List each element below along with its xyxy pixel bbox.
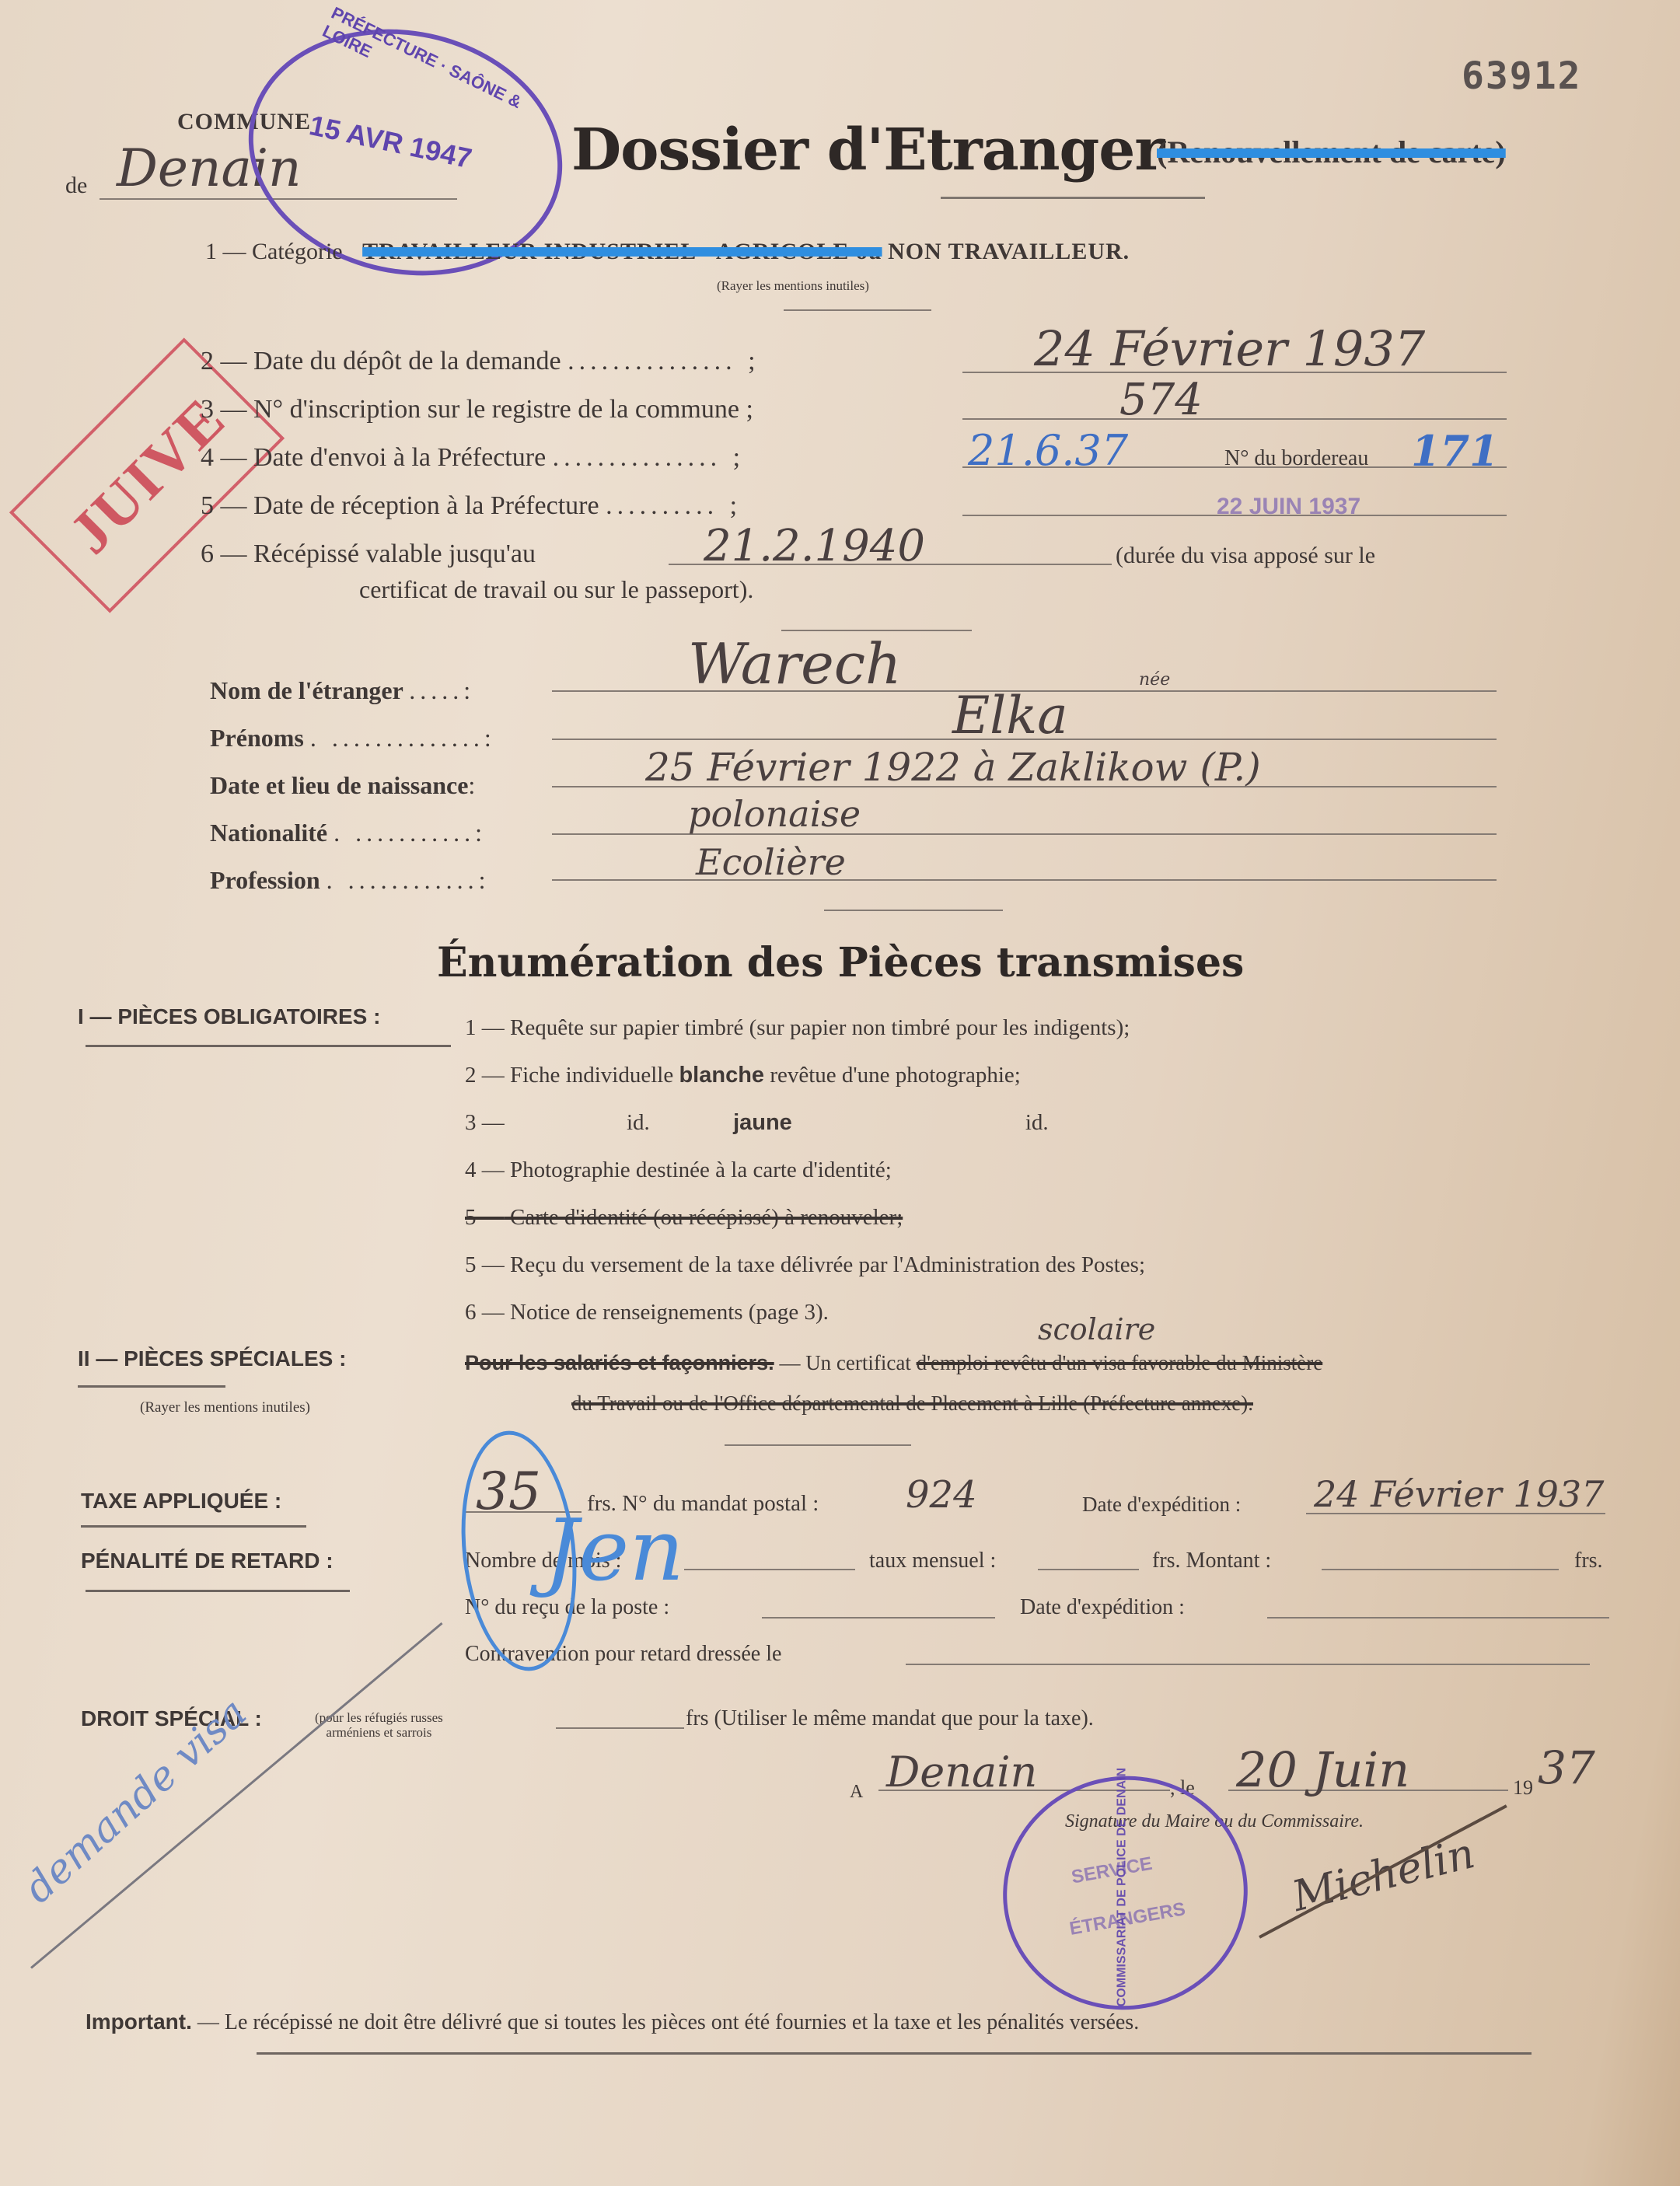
piece-text: Requête sur papier timbré (sur papier no… [510,1015,1130,1040]
speciales-line-2: du Travail ou de l'Office départemental … [571,1392,1253,1416]
field-label: Date de réception à la Préfecture [253,491,599,520]
speciales-underline [78,1385,225,1388]
penalite-taux-line [1038,1569,1139,1570]
title-underline [941,197,1205,199]
penalite-date-line [1267,1617,1609,1619]
piece-bold: jaune [733,1110,792,1135]
piece-item: 3 — id. jauneid. [465,1099,1145,1147]
piece-text: id. [627,1110,650,1135]
piece-num: 2 — [465,1063,505,1088]
obligatoires-label: I — PIÈCES OBLIGATOIRES : [78,1004,380,1029]
field-number: 5 [201,491,214,520]
field-number: 4 [201,443,214,472]
field-row-5: 5 — Date de réception à la Préfecture ..… [201,491,742,521]
piece-num: 5 — [465,1252,505,1277]
taxe-underline [81,1525,306,1528]
blue-initials: Jen [544,1500,684,1600]
section-divider [725,1444,911,1446]
speciales-bold: Pour les salariés et façonniers. [465,1351,774,1374]
title-text: Dossier d'Etranger [571,117,1164,183]
label-text: Profession [210,866,320,894]
label-text: Nationalité [210,819,327,847]
piece-num: 6 — [465,1300,505,1325]
piece-bold: blanche [679,1063,764,1088]
police-stamp-center-1: SERVICE [1070,1853,1154,1889]
taxe-date-exp-label: Date d'expédition : [1082,1493,1241,1517]
piece-text: revêtue d'une photographie; [770,1063,1021,1088]
piece-text: Notice de renseignements (page 3). [510,1300,829,1325]
piece-item: 2 — Fiche individuelle blanche revêtue d… [465,1052,1145,1099]
contravention-line [906,1664,1590,1665]
document-number: 63912 [1462,54,1582,98]
footer-underline [257,2052,1532,2055]
label-nom: Nom de l'étranger .....: [210,667,496,714]
commune-de-label: de [65,173,87,199]
identity-line [552,879,1497,881]
signature-date: 20 Juin [1236,1741,1409,1798]
field-number: 6 [201,540,214,568]
piece-text: Photographie destinée à la carte d'ident… [510,1158,892,1182]
penalite-date-exp-label: Date d'expédition : [1020,1595,1185,1620]
field-row-6: 6 — Récépissé valable jusqu'au [201,540,536,569]
penalite-montant-line [1322,1569,1559,1570]
piece-item: 4 — Photographie destinée à la carte d'i… [465,1147,1145,1194]
title-struck-option: (Renouvellement de carte) [1157,134,1506,170]
piece-text: Fiche individuelle [510,1063,673,1088]
footer-note: Important. — Le récépissé ne doit être d… [86,2010,1139,2035]
category-label: 1 — Catégorie [205,239,343,264]
field-number: 2 [201,347,214,375]
speciales-note: (Rayer les mentions inutiles) [140,1399,310,1416]
droit-note-2: arméniens et sarrois [315,1725,443,1740]
field-label: Date d'envoi à la Préfecture [253,443,546,472]
police-stamp-ring: COMMISSARIAT DE POLICE DE DENAIN [1116,1763,1130,2012]
field-value-deposit-date: 24 Février 1937 [1034,320,1425,377]
piece-num: 4 — [465,1158,505,1182]
speciales-handwritten: scolaire [1038,1312,1155,1346]
field-label: N° d'inscription sur le registre de la c… [253,395,739,424]
identity-labels: Nom de l'étranger .....: Prénoms . .....… [210,667,496,904]
speciales-text: — Un certificat [779,1351,910,1374]
value-nee-label: née [1139,670,1170,690]
section-divider [824,910,1003,911]
droit-special-text: frs (Utiliser le même mandat que pour la… [686,1706,1094,1731]
field-line [962,418,1507,420]
category-note: (Rayer les mentions inutiles) [717,278,869,294]
taxe-date-exp-value: 24 Février 1937 [1314,1473,1604,1515]
signature-year-suffix: 37 [1538,1741,1595,1794]
stamp-date: 15 AVR 1947 [306,109,474,175]
footer-bold: Important. [86,2010,192,2034]
diagonal-pencil-line [30,1622,442,1969]
field-value-valid-until: 21.2.1940 [704,521,925,571]
label-text: Prénoms [210,724,304,752]
droit-line [556,1727,684,1729]
category-underline [784,309,931,311]
piece-text: Carte d'identité (ou récépissé) à renouv… [510,1205,903,1230]
piece-num: 5 — [465,1205,505,1230]
field-value-sent-date: 21.6.37 [968,426,1128,475]
piece-item: 1 — Requête sur papier timbré (sur papie… [465,1004,1145,1052]
piece-item: 5 — Reçu du versement de la taxe délivré… [465,1241,1145,1289]
visa-duration-note: (durée du visa apposé sur le [1116,543,1375,569]
label-prenoms: Prénoms . ..............: [210,714,496,762]
field-value-registry-number: 574 [1119,375,1203,425]
category-struck-options: TRAVAILLEUR INDUSTRIEL · AGRICOLE ou [362,239,882,264]
bordereau-label: N° du bordereau [1224,446,1368,471]
penalite-montant-label: frs. Montant : [1152,1549,1271,1573]
value-naissance: 25 Février 1922 à Zaklikow (P.) [645,745,1261,790]
signature-place: Denain [886,1748,1037,1797]
mandat-value: 924 [906,1473,977,1517]
label-naissance: Date et lieu de naissance: [210,762,496,809]
penalite-taux-label: taux mensuel : [869,1549,996,1573]
police-stamp: COMMISSARIAT DE POLICE DE DENAIN SERVICE… [984,1757,1266,2029]
juive-stamp: JUIVE [9,337,285,613]
category-row: 1 — Catégorie TRAVAILLEUR INDUSTRIEL · A… [205,239,1130,265]
field-row-4: 4 — Date d'envoi à la Préfecture .......… [201,443,745,473]
penalite-frs: frs. [1574,1549,1603,1573]
value-nom: Warech [688,631,901,697]
taxe-label: TAXE APPLIQUÉE : [81,1489,281,1514]
label-text: Date et lieu de naissance [210,771,468,799]
value-nationalite: polonaise [688,793,861,835]
reception-date-stamp: 22 JUIN 1937 [1217,494,1360,520]
footer-text: — Le récépissé ne doit être délivré que … [197,2010,1139,2034]
piece-num: 3 — [465,1110,505,1135]
field-row-2: 2 — Date du dépôt de la demande ........… [201,347,760,376]
speciales-struck-text: d'emploi revêtu d'un visa favorable du M… [917,1351,1323,1374]
field-label: Récépissé valable jusqu'au [253,540,536,568]
signature-a-label: A [850,1782,863,1803]
signature-year-prefix: 19 [1513,1776,1533,1800]
speciales-label: II — PIÈCES SPÉCIALES : [78,1346,346,1371]
penalite-recu-line [762,1617,995,1619]
value-prenoms: Elka [952,686,1068,746]
penalite-mois-line [684,1569,855,1570]
value-profession: Ecolière [696,841,846,883]
category-selected: NON TRAVAILLEUR. [888,239,1130,264]
obligatoires-underline [86,1045,451,1047]
visa-duration-note-2: certificat de travail ou sur le passepor… [359,575,753,604]
piece-num: 1 — [465,1015,505,1040]
label-text: Nom de l'étranger [210,676,403,704]
piece-item-struck: 5 — Carte d'identité (ou récépissé) à re… [465,1194,1145,1241]
page-title: Dossier d'Etranger [571,117,1164,183]
piece-text: id. [1025,1110,1049,1135]
pieces-title: Énumération des Pièces transmises [437,939,1244,986]
label-profession: Profession . ............: [210,857,496,904]
bordereau-value: 171 [1411,426,1499,476]
pieces-list: 1 — Requête sur papier timbré (sur papie… [465,1004,1145,1336]
speciales-line-1: Pour les salariés et façonniers. — Un ce… [465,1351,1322,1375]
field-label: Date du dépôt de la demande [253,347,561,375]
piece-text: Reçu du versement de la taxe délivrée pa… [510,1252,1145,1277]
field-number: 3 [201,395,214,424]
field-row-3: 3 — N° d'inscription sur le registre de … [201,395,753,424]
penalite-label: PÉNALITÉ DE RETARD : [81,1549,334,1573]
label-nationalite: Nationalité . ...........: [210,809,496,857]
penalite-underline [86,1590,350,1592]
